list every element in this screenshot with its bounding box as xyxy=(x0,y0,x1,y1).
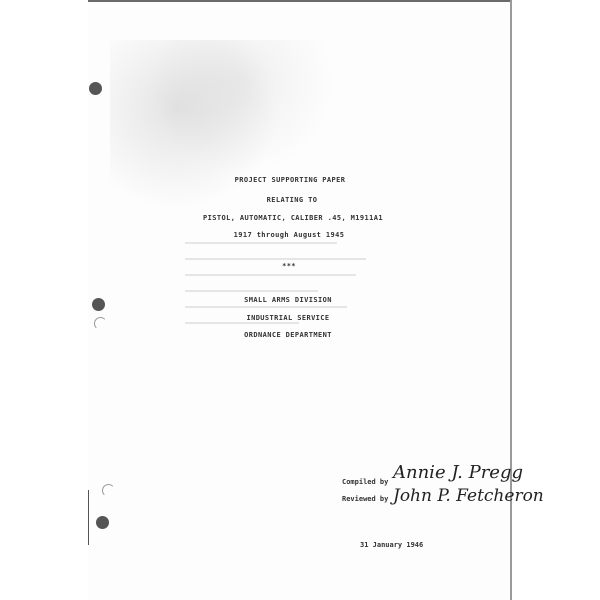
punch-hole-ghost xyxy=(102,484,115,497)
separator: *** xyxy=(0,262,589,270)
document-date: 31 January 1946 xyxy=(360,541,423,549)
org-line-2: INDUSTRIAL SERVICE xyxy=(0,314,588,322)
punch-hole xyxy=(96,516,109,529)
org-line-1: SMALL ARMS DIVISION xyxy=(0,296,588,304)
punch-hole xyxy=(89,82,102,95)
reviewer-signature: John P. Fetcheron xyxy=(393,486,544,506)
page-top-edge xyxy=(88,0,511,2)
compiled-by-label: Compiled by xyxy=(342,478,388,486)
title-line-1: PROJECT SUPPORTING PAPER xyxy=(0,176,590,184)
page-left-edge xyxy=(88,490,89,545)
compiler-signature: Annie J. Pregg xyxy=(393,462,523,483)
title-line-4: 1917 through August 1945 xyxy=(0,231,589,239)
title-line-2: RELATING TO xyxy=(0,196,592,204)
reviewed-by-label: Reviewed by xyxy=(342,495,388,503)
scan-speckle-noise xyxy=(110,40,330,210)
bleed-through-text xyxy=(185,228,375,348)
title-line-3: PISTOL, AUTOMATIC, CALIBER .45, M1911A1 xyxy=(0,214,593,222)
org-line-3: ORDNANCE DEPARTMENT xyxy=(0,331,588,339)
